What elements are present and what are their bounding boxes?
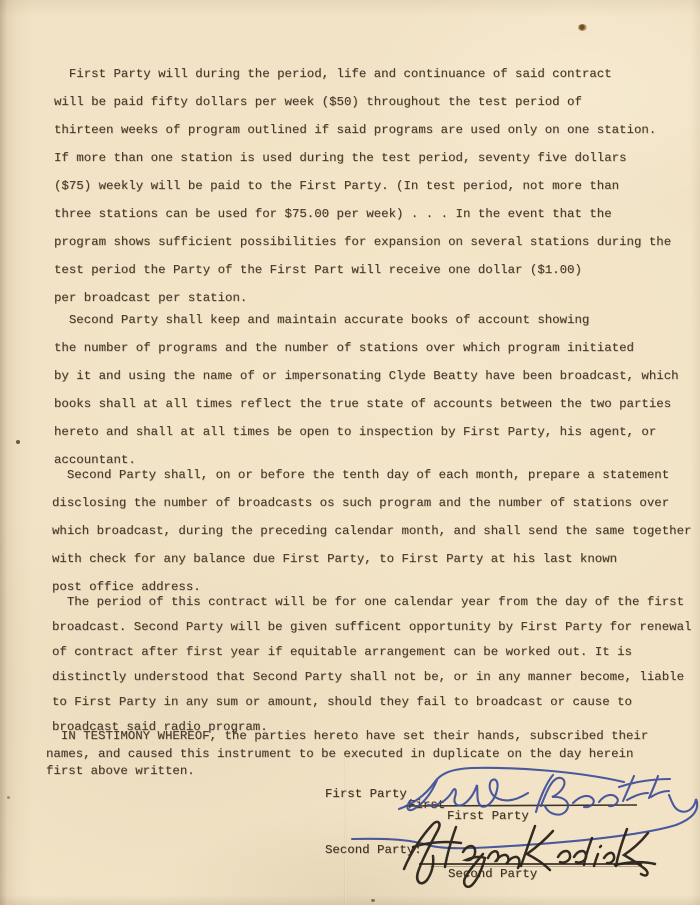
paper-stain [578, 24, 587, 31]
contract-page: First Party will during the period, life… [0, 0, 700, 905]
paragraph-contract-period: The period of this contract will be for … [52, 590, 691, 740]
first-party-label: First Party [325, 787, 407, 801]
paper-speck [7, 796, 10, 799]
second-party-sub-label: Second Party [448, 867, 537, 881]
first-party-sub-label: First Party [447, 809, 529, 823]
paper-crease [344, 755, 347, 905]
paper-speck [371, 899, 375, 902]
paper-speck [16, 440, 20, 444]
paragraph-payment-terms: First Party will during the period, life… [54, 60, 671, 312]
paragraph-testimony-clause: IN TESTIMONY WHEREOF, the parties hereto… [46, 728, 648, 781]
second-party-label: Second Party: [325, 843, 422, 857]
paragraph-books-of-account: Second Party shall keep and maintain acc… [54, 306, 679, 474]
first-party-struck-text: First [408, 798, 445, 812]
paragraph-monthly-statement: Second Party shall, on or before the ten… [52, 461, 691, 601]
